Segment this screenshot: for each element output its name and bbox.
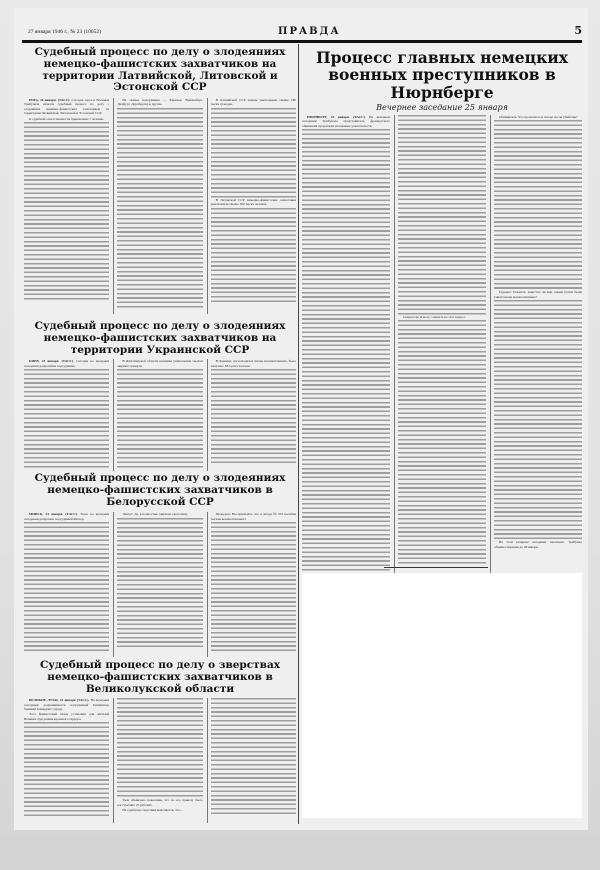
column: В Латвийской ССР немцы уничтожили свыше … [207,98,296,314]
paragraph: К судебной ответственности привлечены 7 … [24,117,109,121]
column: В Дарнице, где находился лагерь военнопл… [207,359,296,471]
headline-ukraine: Судебный процесс по делу о злодеяниях не… [24,318,296,359]
issue-date: 27 января 1946 г., № 23 (10052) [28,29,101,35]
paragraph: Обвинитель: Что произошло в лагере после… [494,115,582,119]
paragraph: Руденко: Скажите, известно ли вам, каким… [494,290,582,299]
column: ВЕЛИКИЕ ЛУКИ, 24 января (ТАСС). На вечер… [24,698,109,823]
paragraph: Заем объявлено показание, что по его при… [117,798,202,807]
column: На скамье подсудимых — Еккельн, Вейленбе… [113,98,202,314]
paragraph: На судебном следствии выясняется, что... [117,808,202,812]
article-nuremberg: Процесс главных немецких военных преступ… [302,47,582,567]
column: РИГА, 26 января. (ТАСС). Сегодня здесь в… [24,98,109,314]
paragraph: В Латвийской ССР немцы уничтожили свыше … [211,98,296,107]
column: Лангут: Да, я полностью признаю свою вин… [113,512,202,657]
column: Прокурор: Вы признаёте, что в лагере № 3… [207,512,296,657]
article-ukraine: Судебный процесс по делу о злодеяниях не… [24,318,296,468]
paragraph: В Дарнице, где находился лагерь военнопл… [211,359,296,368]
dateline: МИНСК, 24 января. (ТАСС). [29,512,78,516]
headline-nuremberg: Процесс главных немецких военных преступ… [302,47,582,101]
column: Свидетель: Я могу ответить на этот вопро… [394,115,486,585]
column: Обвинитель: Что произошло в лагере после… [490,115,582,585]
column: МИНСК, 24 января. (ТАСС). Тогда на вечер… [24,512,109,657]
column: Заем объявлено показание, что по его при… [113,698,202,823]
column: НЮРНБЕРГ, 25 января. (ТАСС). На вечернем… [302,115,390,585]
article-baltic: Судебный процесс по делу о злодеяниях не… [24,47,296,312]
article-belorussia: Судебный процесс по делу о злодеяниях не… [24,470,296,655]
paragraph: В Житомирской области немцами уничтожены… [117,359,202,368]
article-velikie-luki: Судебный процесс по делу о зверствах нем… [24,660,296,822]
paragraph: В Литовской ССР немецко-фашистские захва… [211,198,296,207]
paragraph: Лангут: Да, я полностью признаю свою вин… [117,512,202,516]
column: КИЕВ, 24 января. (ТАСС). Сегодня на вече… [24,359,109,471]
headline-baltic: Судебный процесс по делу о злодеяниях не… [24,47,296,98]
blank-area [302,573,582,818]
dateline: НЮРНБЕРГ, 25 января. (ТАСС). [307,115,366,119]
section-rule [384,567,488,568]
column: В Житомирской области немцами уничтожены… [113,359,202,471]
paragraph: Прокурор: Вы признаёте, что в лагере № 3… [211,512,296,521]
paragraph: На скамье подсудимых — Еккельн, Вейленбе… [117,98,202,107]
newspaper-title: ПРАВДА [278,26,341,37]
page-number: 5 [574,24,582,37]
dateline: КИЕВ, 24 января. (ТАСС). [29,359,74,363]
paragraph: Этот фашистский палач установил для жите… [24,712,109,721]
masthead: 27 января 1946 г., № 23 (10052) ПРАВДА 5 [28,26,586,38]
paragraph: Свидетель: Я могу ответить на этот вопро… [398,315,486,319]
column-divider [298,44,299,824]
headline-belorussia: Судебный процесс по делу о злодеяниях не… [24,470,296,512]
column [207,698,296,823]
dateline: ВЕЛИКИЕ ЛУКИ, 24 января (ТАСС). [29,698,89,702]
headline-velikie-luki: Судебный процесс по делу о зверствах нем… [24,660,296,698]
paragraph: На этом вечернее заседание закончено. Тр… [494,540,582,549]
dateline: РИГА, 26 января. (ТАСС). [29,98,70,102]
subheadline-session: Вечернее заседание 25 января [302,103,582,112]
masthead-rule [22,40,582,43]
